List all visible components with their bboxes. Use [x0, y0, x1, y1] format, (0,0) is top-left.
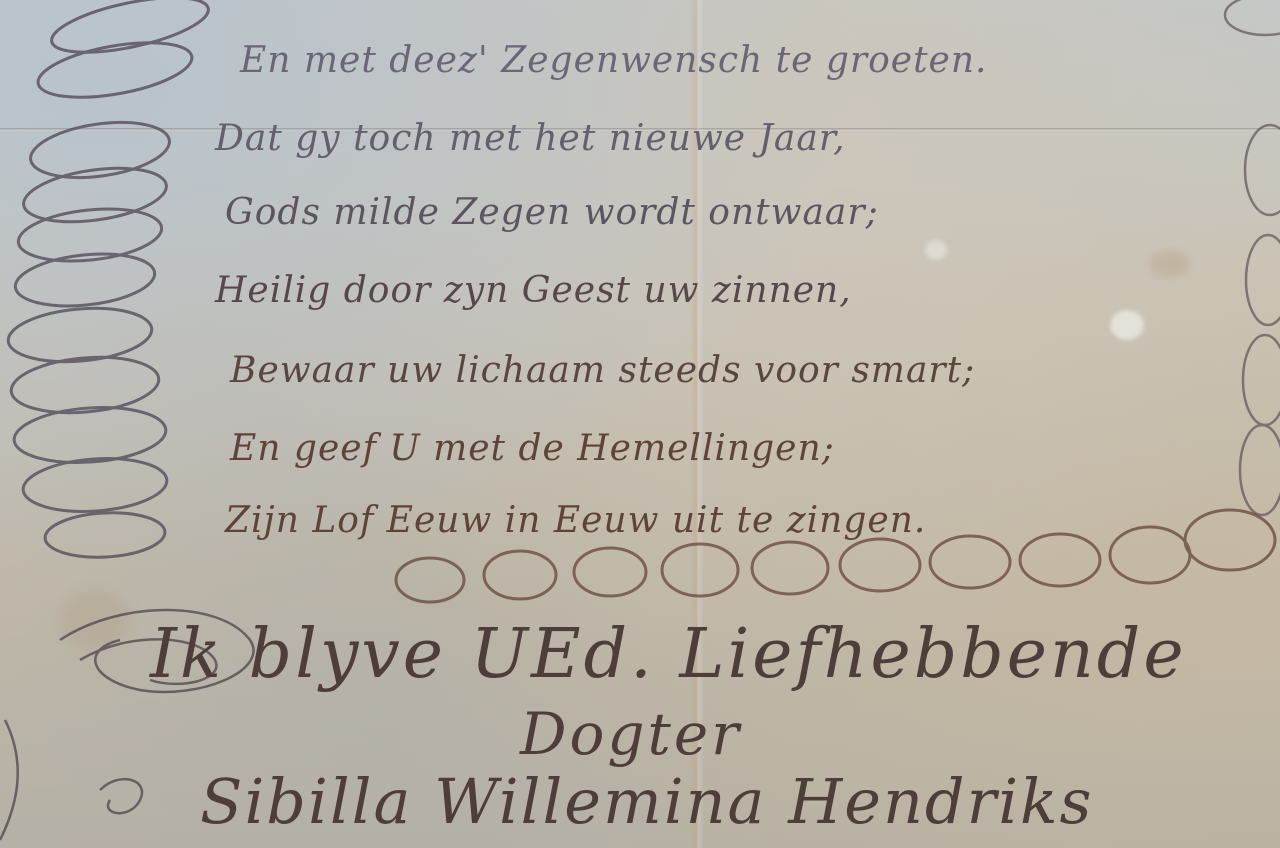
handwritten-verse: En met deez' Zegenwensch te groeten. Dat…	[0, 0, 1280, 848]
verse-line: Dat gy toch met het nieuwe Jaar,	[215, 118, 846, 159]
verse-line: En met deez' Zegenwensch te groeten.	[240, 40, 988, 81]
verse-line: Zijn Lof Eeuw in Eeuw uit te zingen.	[225, 500, 926, 541]
verse-line: Gods milde Zegen wordt ontwaar;	[225, 192, 879, 233]
closing-salutation: Ik blyve UEd. Liefhebbende	[150, 615, 1187, 694]
verse-line: Heilig door zyn Geest uw zinnen,	[215, 270, 852, 311]
verse-line: Bewaar uw lichaam steeds voor smart;	[230, 350, 975, 391]
signature: Sibilla Willemina Hendriks	[200, 765, 1093, 838]
signer-role: Dogter	[520, 700, 742, 768]
verse-line: En geef U met de Hemellingen;	[230, 428, 835, 469]
